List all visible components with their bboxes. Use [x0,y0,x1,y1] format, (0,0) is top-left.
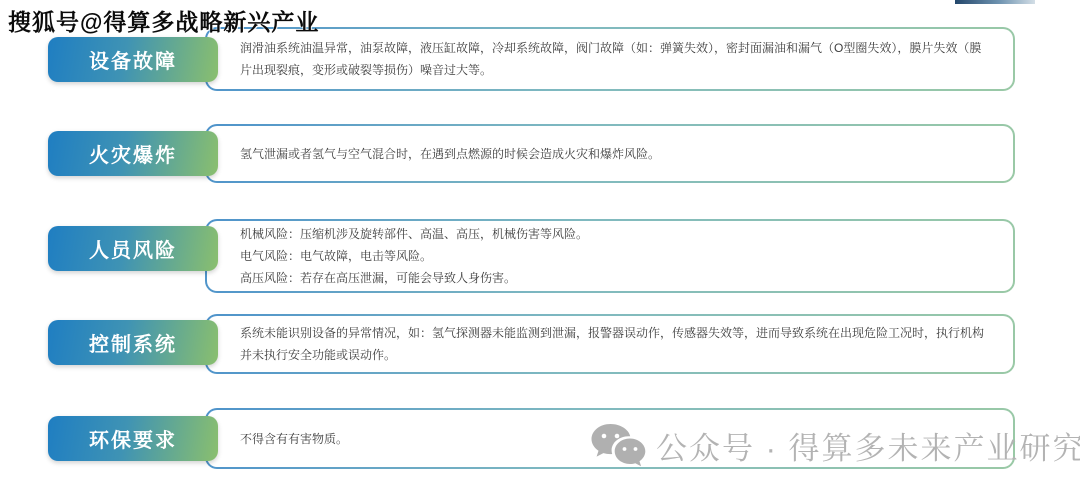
category-label-equipment: 设备故障 [48,37,218,82]
description-box: 系统未能识别设备的异常情况，如：氢气探测器未能监测到泄漏，报警器误动作，传感器失… [205,314,1015,374]
description-text: 机械风险：压缩机涉及旋转部件、高温、高压，机械伤害等风险。 电气风险：电气故障，… [240,223,588,289]
wechat-icon [590,422,646,468]
description-text: 系统未能识别设备的异常情况，如：氢气探测器未能监测到泄漏，报警器误动作，传感器失… [240,322,993,366]
description-text: 氢气泄漏或者氢气与空气混合时，在遇到点燃源的时候会造成火灾和爆炸风险。 [240,143,660,165]
figure-canvas: 搜狐号@得算多战略新兴产业 润滑油系统油温异常，油泵故障，液压缸故障，冷却系统故… [0,0,1080,493]
description-text: 不得含有有害物质。 [240,428,348,450]
category-label-personnel: 人员风险 [48,226,218,271]
sohu-watermark: 搜狐号@得算多战略新兴产业 [8,4,319,37]
wechat-watermark-text: 公众号 · 得算多未来产业研究 [656,423,1080,468]
wechat-watermark: 公众号 · 得算多未来产业研究 [590,422,1080,468]
description-box: 氢气泄漏或者氢气与空气混合时，在遇到点燃源的时候会造成火灾和爆炸风险。 [205,124,1015,183]
description-text: 润滑油系统油温异常，油泵故障，液压缸故障，冷却系统故障，阀门故障（如：弹簧失效）… [240,37,993,81]
category-label-control: 控制系统 [48,320,218,365]
category-label-fire: 火灾爆炸 [48,131,218,176]
description-box: 润滑油系统油温异常，油泵故障，液压缸故障，冷却系统故障，阀门故障（如：弹簧失效）… [205,27,1015,91]
description-box: 机械风险：压缩机涉及旋转部件、高温、高压，机械伤害等风险。 电气风险：电气故障，… [205,219,1015,293]
cropped-header-bar [955,0,1035,4]
category-label-environment: 环保要求 [48,416,218,461]
